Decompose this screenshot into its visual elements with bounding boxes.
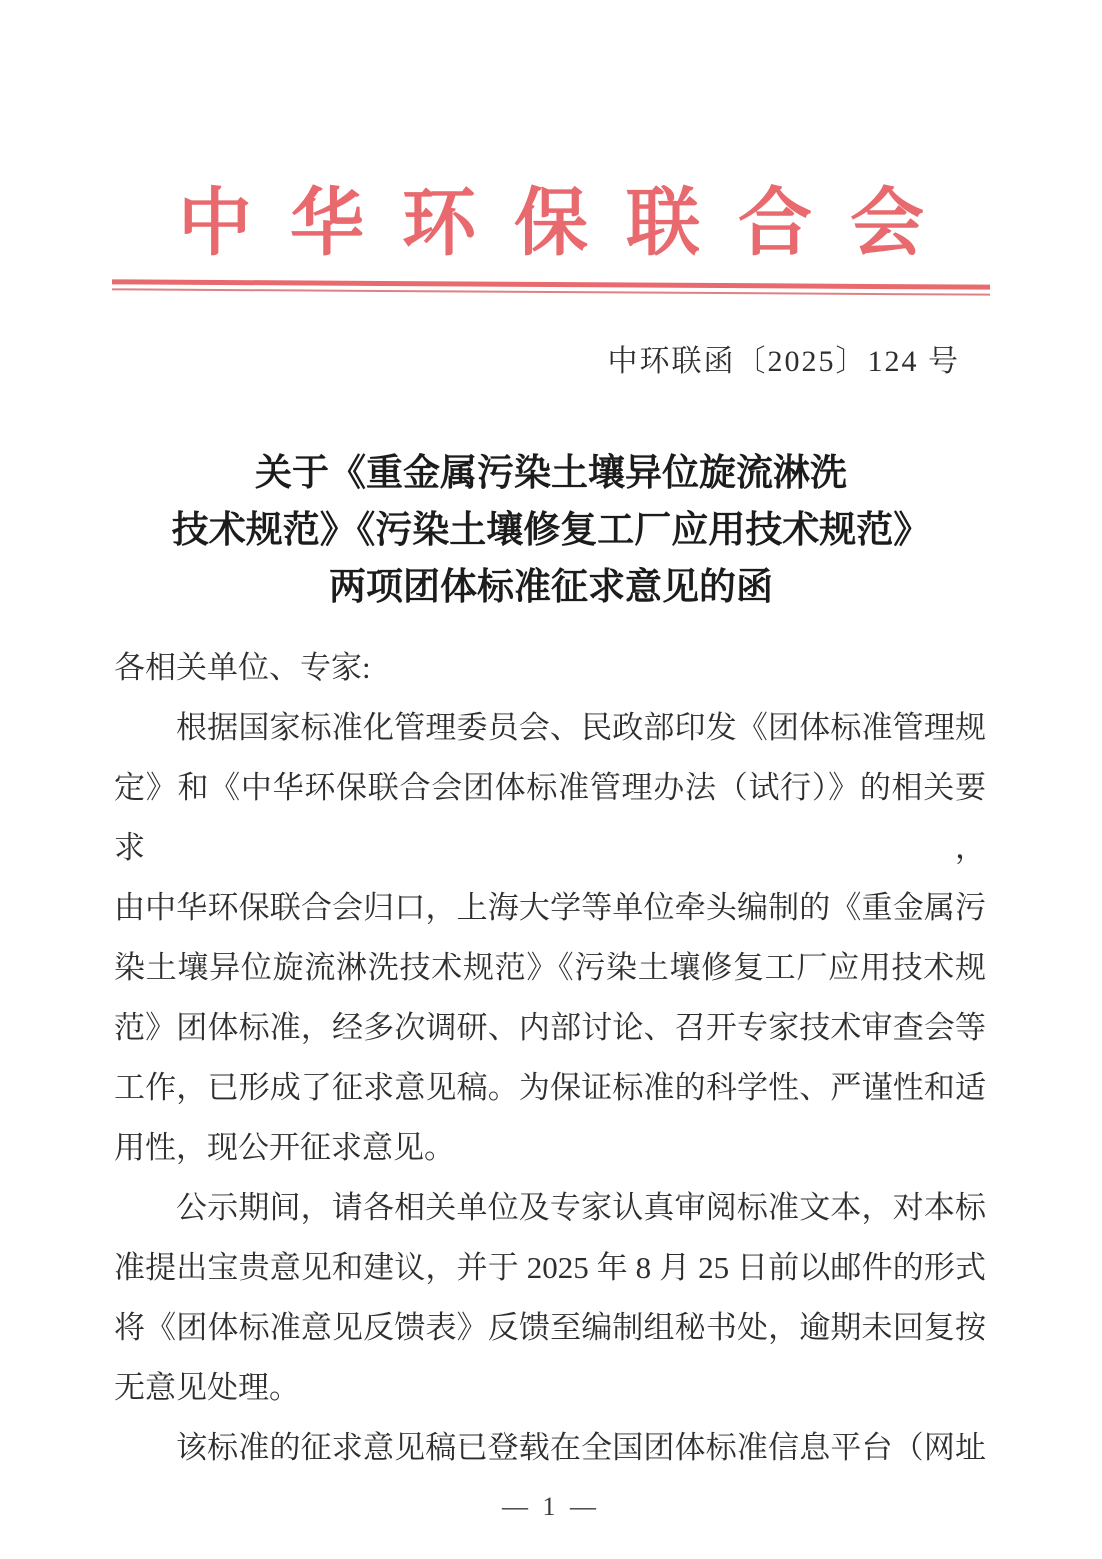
page-number: — 1 — (0, 1492, 1102, 1522)
body-line: 公示期间，请各相关单位及专家认真审阅标准文本，对本标 (114, 1178, 986, 1238)
document-page: 中华环保联合会 中环联函〔2025〕124 号 关于《重金属污染土壤异位旋流淋洗… (0, 0, 1102, 1559)
document-title-line-2: 技术规范》《污染土壤修复工厂应用技术规范》 (0, 502, 1102, 559)
body-line: 范》团体标准，经多次调研、内部讨论、召开专家技术审查会等 (114, 998, 986, 1058)
separator-thin-rule (112, 288, 990, 295)
letterhead-org-title: 中华环保联合会 (0, 0, 1102, 266)
body-line: 将《团体标准意见反馈表》反馈至编制组秘书处，逾期未回复按 (114, 1298, 986, 1358)
salutation: 各相关单位、专家: (114, 638, 986, 698)
body-line: 准提出宝贵意见和建议，并于 2025 年 8 月 25 日前以邮件的形式 (114, 1238, 986, 1298)
body-line: 无意见处理。 (114, 1358, 986, 1418)
body-line: 染土壤异位旋流淋洗技术规范》《污染土壤修复工厂应用技术规 (114, 938, 986, 998)
document-number: 中环联函〔2025〕124 号 (0, 343, 1102, 381)
letterhead-separator (112, 279, 990, 295)
body-line: 由中华环保联合会归口，上海大学等单位牵头编制的《重金属污 (114, 878, 986, 938)
document-body: 各相关单位、专家: 根据国家标准化管理委员会、民政部印发《团体标准管理规 定》和… (0, 638, 1102, 1478)
document-title: 关于《重金属污染土壤异位旋流淋洗 技术规范》《污染土壤修复工厂应用技术规范》 两… (0, 445, 1102, 616)
body-line: 根据国家标准化管理委员会、民政部印发《团体标准管理规 (114, 698, 986, 758)
body-line: 定》和《中华环保联合会团体标准管理办法（试行）》的相关要求， (114, 758, 986, 878)
body-line: 工作，已形成了征求意见稿。为保证标准的科学性、严谨性和适 (114, 1058, 986, 1118)
body-line: 用性，现公开征求意见。 (114, 1118, 986, 1178)
document-title-line-1: 关于《重金属污染土壤异位旋流淋洗 (0, 445, 1102, 502)
document-title-line-3: 两项团体标准征求意见的函 (0, 559, 1102, 616)
body-line: 该标准的征求意见稿已登载在全国团体标准信息平台（网址 (114, 1418, 986, 1478)
